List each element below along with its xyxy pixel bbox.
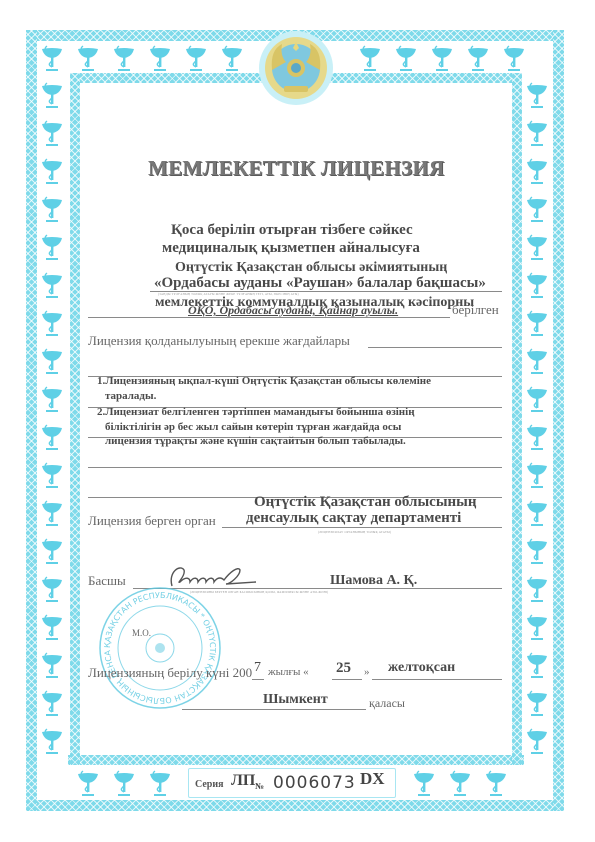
bowl-of-hygieia-icon [466, 43, 490, 73]
bowl-of-hygieia-icon [525, 536, 549, 566]
inner-border-left [70, 73, 80, 765]
bowl-of-hygieia-icon [40, 384, 64, 414]
bowl-of-hygieia-icon [525, 308, 549, 338]
holder-line-1: Оңтүстік Қазақстан облысы әкімиятының [175, 260, 447, 276]
date-day: 25 [336, 660, 351, 677]
issuer-caption: (ЛИЦЕНЗИЯЛАУ ОРГАНЫНЫҢ ТОЛЫҚ АТАУЫ) [318, 530, 391, 534]
date-year-word: жылғы « [268, 666, 309, 678]
bowl-of-hygieia-icon [40, 308, 64, 338]
bowl-of-hygieia-icon [40, 422, 64, 452]
outer-border-bottom [26, 800, 564, 811]
bowl-of-hygieia-icon [148, 43, 172, 73]
serial-number: 0006073 [273, 773, 356, 793]
bowl-of-hygieia-icon [40, 156, 64, 186]
bowl-of-hygieia-icon [525, 574, 549, 604]
bowl-of-hygieia-icon [40, 536, 64, 566]
bowl-of-hygieia-icon [40, 688, 64, 718]
bowl-of-hygieia-icon [40, 460, 64, 490]
condition-2b: біліктілігін әр бес жыл сайын көтеріп тұ… [105, 421, 401, 433]
bowl-of-hygieia-icon [40, 612, 64, 642]
bowl-of-hygieia-icon [40, 270, 64, 300]
bowl-of-hygieia-icon [40, 346, 64, 376]
bowl-of-hygieia-icon [525, 650, 549, 680]
official-stamp: ҚАЗАҚСТАН РЕСПУБЛИКАСЫ * ОҢТҮСТІК ҚАЗАҚС… [98, 586, 222, 710]
number-sign: № [255, 781, 264, 791]
bowl-of-hygieia-icon [40, 80, 64, 110]
bowl-of-hygieia-icon [40, 194, 64, 224]
condition-2c: лицензия тұрақты және күшін сақтайтын бо… [105, 435, 406, 447]
stamp-label: М.О. [132, 628, 151, 638]
holder-address: ОҚО, Ордабасы ауданы, Қайнар ауылы. [188, 303, 398, 318]
series-suffix: DX [360, 769, 385, 789]
bowl-of-hygieia-icon [220, 43, 244, 73]
condition-2a: 2.Лицензиат белгіленген тәртіппен маманд… [97, 406, 415, 418]
city: Шымкент [263, 692, 328, 708]
conditions-label: Лицензия қолданылуының ерекше жағдайлары [88, 333, 350, 349]
bowl-of-hygieia-icon [525, 384, 549, 414]
bowl-of-hygieia-icon [112, 43, 136, 73]
bowl-of-hygieia-icon [525, 156, 549, 186]
issued-word: берілген [452, 302, 499, 318]
bowl-of-hygieia-icon [525, 346, 549, 376]
inner-border-bottom [68, 755, 524, 765]
bowl-of-hygieia-icon [394, 43, 418, 73]
issuer-line-2: денсаулық сақтау департаменті [246, 510, 461, 527]
outer-border-left [26, 30, 37, 811]
bowl-of-hygieia-icon [525, 688, 549, 718]
date-close-quote: » [364, 666, 370, 678]
issuer-label: Лицензия берген орган [88, 513, 216, 529]
date-year-digit: 7 [254, 660, 261, 676]
issuer-line [222, 527, 502, 528]
bowl-of-hygieia-icon [525, 422, 549, 452]
date-year-line [252, 679, 264, 680]
date-day-line [332, 679, 362, 680]
bowl-of-hygieia-icon [525, 612, 549, 642]
condition-1b: таралады. [105, 390, 156, 402]
conditions-line-4 [88, 467, 502, 468]
bowl-of-hygieia-icon [448, 768, 472, 798]
bowl-of-hygieia-icon [525, 232, 549, 262]
bowl-of-hygieia-icon [40, 650, 64, 680]
conditions-line-0 [368, 347, 502, 348]
date-label: Лицензияның берілу күні 200 [88, 665, 252, 681]
bowl-of-hygieia-icon [40, 726, 64, 756]
bowl-of-hygieia-icon [40, 118, 64, 148]
bowl-of-hygieia-icon [40, 43, 64, 73]
series-label: Серия [195, 779, 224, 790]
intro-line-1: Қоса беріліп отырған тізбеге сәйкес [171, 222, 413, 239]
document-title: МЕМЛЕКЕТТІК ЛИЦЕНЗИЯ [148, 156, 444, 181]
bowl-of-hygieia-icon [525, 498, 549, 528]
intro-line-2: медициналық қызметпен айналысуға [162, 240, 420, 257]
bowl-of-hygieia-icon [525, 194, 549, 224]
bowl-of-hygieia-icon [76, 43, 100, 73]
bowl-of-hygieia-icon [412, 768, 436, 798]
bowl-of-hygieia-icon [184, 43, 208, 73]
date-month: желтоқсан [388, 660, 455, 676]
bowl-of-hygieia-icon [525, 118, 549, 148]
bowl-of-hygieia-icon [525, 270, 549, 300]
date-month-line [372, 679, 502, 680]
series-code: ЛП [231, 772, 255, 790]
city-line [182, 709, 366, 710]
issuer-line-1: Оңтүстік Қазақстан облысының [254, 494, 477, 511]
bowl-of-hygieia-icon [112, 768, 136, 798]
condition-1a: 1.Лицензияның ықпал-күші Оңтүстік Қазақс… [97, 375, 431, 387]
bowl-of-hygieia-icon [502, 43, 526, 73]
bowl-of-hygieia-icon [484, 768, 508, 798]
bowl-of-hygieia-icon [76, 768, 100, 798]
bowl-of-hygieia-icon [40, 574, 64, 604]
bowl-of-hygieia-icon [525, 80, 549, 110]
bowl-of-hygieia-icon [40, 498, 64, 528]
holder-line-2: «Ордабасы ауданы «Раушан» балалар бақшас… [154, 275, 486, 292]
bowl-of-hygieia-icon [430, 43, 454, 73]
bowl-of-hygieia-icon [525, 726, 549, 756]
bowl-of-hygieia-icon [148, 768, 172, 798]
inner-border-right [512, 73, 522, 765]
state-emblem [258, 30, 334, 106]
head-name: Шамова А. Қ. [330, 573, 417, 589]
city-word: қаласы [369, 696, 405, 711]
bowl-of-hygieia-icon [40, 232, 64, 262]
bowl-of-hygieia-icon [358, 43, 382, 73]
bowl-of-hygieia-icon [525, 460, 549, 490]
outer-border-right [553, 30, 564, 811]
